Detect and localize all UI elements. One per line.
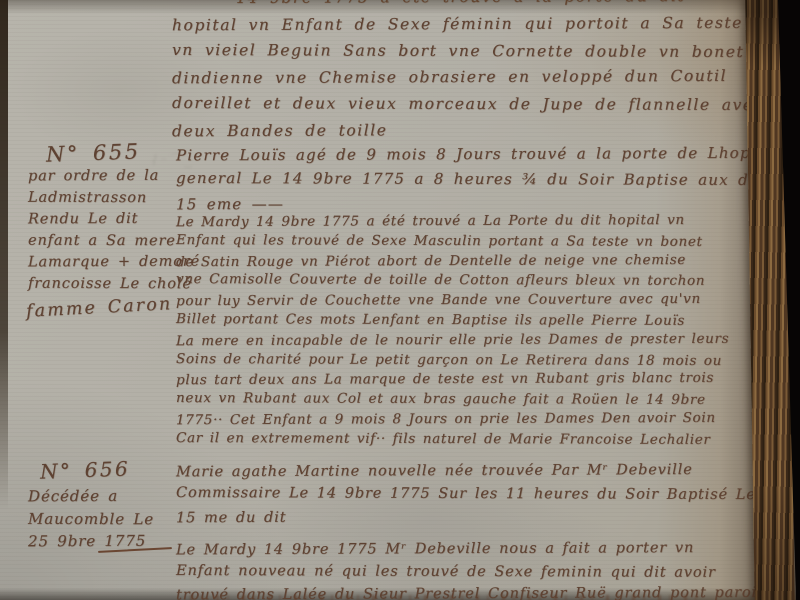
margin-line: Lamarque + demoré xyxy=(28,252,200,274)
margin-signature: famme Caron xyxy=(26,294,173,322)
body-line: de Satin Rouge vn Piérot abort de Dentel… xyxy=(176,250,729,272)
body-line: La mere en incapable de le nourir elle p… xyxy=(176,330,729,352)
entry-656-paragraph-2: Le Mardy 14 9bre 1775 Mʳ Debeville nous … xyxy=(176,538,783,600)
margin-note-655: par ordre de la Ladmistrasson Rendu Le d… xyxy=(28,166,200,295)
body-line: Le Mardy 14 9bre 1775 Mʳ Debeville nous … xyxy=(176,537,783,562)
margin-line: Rendu Le dit xyxy=(28,209,200,231)
body-line: pour luy Servir de Couchette vne Bande v… xyxy=(176,290,729,312)
entry-655-paragraph-1: Pierre Louïs agé de 9 mois 8 Jours trouv… xyxy=(176,142,793,216)
body-line: vne Camisolle Couverte de toille de Cott… xyxy=(176,270,729,292)
body-line: plus tart deux ans La marque de teste es… xyxy=(176,369,729,391)
body-line: Enfant qui les trouvé de Sexe Masculin p… xyxy=(176,231,729,253)
body-line-cut-top: 14 9bre 1775 a été trouvé a la porte du … xyxy=(236,0,685,10)
body-line: Car il en extremement vif·· fils naturel… xyxy=(176,429,729,451)
body-line: hopital vn Enfant de Sexe féminin qui po… xyxy=(172,10,764,39)
entry-number-656: N° 656 xyxy=(40,456,131,483)
body-line: Enfant nouveau né qui les trouvé de Sexe… xyxy=(176,559,783,584)
margin-line: Maucomble Le xyxy=(28,507,154,530)
manuscript-photo: ⌇ ᵕ⌒ ͜ ᵕ 14 9bre 1775 a été trouvé a la … xyxy=(0,0,800,600)
margin-line: francoisse Le cholé xyxy=(28,273,200,295)
cut-off-line-remnant xyxy=(190,595,710,600)
body-line: 15 me du dit xyxy=(176,505,756,531)
body-line: 14 9bre 1775 a été trouvé a la porte du … xyxy=(236,0,685,11)
body-line: general Le 14 9bre 1775 a 8 heures ¾ du … xyxy=(176,165,793,192)
body-line: Marie agathe Martine nouvelle née trouvé… xyxy=(176,459,756,485)
body-line: Le Mardy 14 9bre 1775 a été trouvé a La … xyxy=(176,211,729,233)
body-line: Commissaire Le 14 9bre 1775 Sur les 11 h… xyxy=(176,482,756,507)
body-line: doreillet et deux vieux morceaux de Jupe… xyxy=(172,89,764,118)
margin-line: Ladmistrasson xyxy=(28,187,200,209)
body-line: Billet portant Ces mots Lenfant en Bapti… xyxy=(176,310,729,332)
body-line: Soins de charité pour Le petit garçon on… xyxy=(176,350,729,372)
body-line: neux vn Rubant aux Col et aux bras gauch… xyxy=(176,389,729,411)
margin-line: par ordre de la xyxy=(28,166,200,188)
entry-655-paragraph-2: Le Mardy 14 9bre 1775 a été trouvé a La … xyxy=(176,212,729,450)
body-line: 1775·· Cet Enfant a 9 mois 8 Jours on pr… xyxy=(176,409,729,431)
body-line: dindienne vne Chemise obrasiere en velop… xyxy=(172,63,764,92)
entry-656-paragraph-1: Marie agathe Martine nouvelle née trouvé… xyxy=(176,460,756,529)
entry-number-655: N° 655 xyxy=(46,139,141,166)
book-left-edge xyxy=(0,0,8,600)
margin-note-656: Décédée a Maucomble Le 25 9bre 1775 xyxy=(28,485,154,553)
margin-line: Décédée a xyxy=(28,485,154,508)
margin-line: enfant a Sa mere xyxy=(28,230,200,252)
body-line: Pierre Louïs agé de 9 mois 8 Jours trouv… xyxy=(176,141,793,168)
top-paragraph: hopital vn Enfant de Sexe féminin qui po… xyxy=(172,11,764,144)
manuscript-page: ⌇ ᵕ⌒ ͜ ᵕ 14 9bre 1775 a été trouvé a la … xyxy=(0,0,800,600)
body-line: vn vieiel Beguin Sans bort vne Cornette … xyxy=(172,36,764,65)
